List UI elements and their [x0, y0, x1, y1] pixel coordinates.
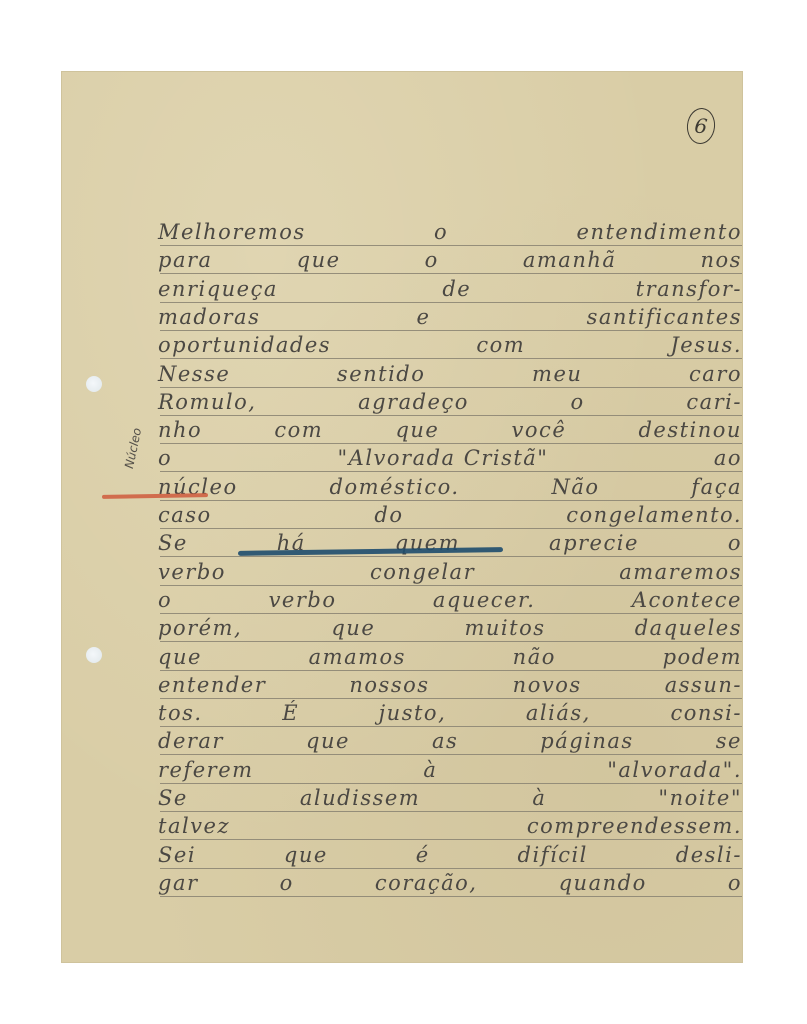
handwritten-word: as — [432, 729, 458, 755]
handwritten-word: nos — [701, 248, 742, 274]
handwritten-word: É — [282, 701, 299, 727]
text-line: oportunidadescomJesus. — [158, 331, 742, 359]
handwritten-word: muitos — [464, 616, 545, 642]
handwritten-word: com — [476, 333, 525, 359]
handwritten-word: que — [306, 729, 350, 755]
handwritten-word: que — [331, 616, 375, 642]
handwritten-word: enriqueça — [158, 277, 278, 303]
handwritten-word: amanhã — [523, 248, 617, 274]
text-line: Melhoremosoentendimento — [158, 218, 742, 246]
text-line: porém,quemuitosdaqueles — [158, 614, 742, 642]
handwritten-word: e — [417, 305, 431, 331]
handwritten-word: aprecie — [549, 531, 639, 557]
handwritten-word: o — [728, 531, 742, 557]
handwritten-word: aquecer. — [433, 588, 536, 614]
handwritten-word: o — [571, 390, 585, 416]
handwritten-word: ao — [714, 446, 742, 472]
handwritten-word: o — [728, 871, 742, 897]
handwritten-word: que — [284, 843, 328, 869]
text-line: núcleodoméstico.Nãofaça — [158, 473, 742, 501]
text-line: enriqueçadetransfor- — [158, 275, 742, 303]
handwritten-word: assun- — [665, 673, 742, 699]
handwritten-word: talvez — [158, 814, 230, 840]
text-line: Romulo,agradeçoocari- — [158, 388, 742, 416]
text-line: Nessesentidomeucaro — [158, 360, 742, 388]
handwritten-word: "Alvorada Cristã" — [338, 446, 549, 472]
text-line: overboaquecer.Acontece — [158, 586, 742, 614]
handwritten-word: à — [532, 786, 546, 812]
handwritten-word: o — [434, 220, 448, 246]
handwritten-word: é — [416, 843, 430, 869]
text-line: referemà"alvorada". — [158, 756, 742, 784]
handwritten-word: amaremos — [619, 560, 742, 586]
handwritten-word: "alvorada". — [607, 758, 742, 784]
handwritten-word: Jesus. — [670, 333, 742, 359]
page-number: 6 — [685, 107, 717, 146]
text-line: madorasesantificantes — [158, 303, 742, 331]
handwritten-word: caro — [689, 362, 742, 388]
handwritten-word: se — [716, 729, 742, 755]
handwritten-word: congelamento. — [566, 503, 742, 529]
handwritten-word: referem — [158, 758, 254, 784]
handwritten-word: congelar — [370, 560, 475, 586]
handwritten-word: consi- — [670, 701, 742, 727]
handwritten-word: entendimento — [577, 220, 742, 246]
handwritten-word: porém, — [158, 616, 242, 642]
handwritten-word: daqueles — [635, 616, 742, 642]
handwritten-word: Romulo, — [158, 390, 256, 416]
text-line: o"Alvorada Cristã"ao — [158, 444, 742, 472]
text-line: nhocomquevocêdestinou — [158, 416, 742, 444]
handwritten-word: para — [158, 248, 213, 274]
handwritten-word: Acontece — [632, 588, 742, 614]
handwritten-word: agradeço — [358, 390, 469, 416]
punch-hole-top — [86, 376, 102, 392]
text-line: tos.Éjusto,aliás,consi- — [158, 699, 742, 727]
text-line: derarqueaspáginasse — [158, 727, 742, 755]
handwritten-word: podem — [663, 645, 742, 671]
handwritten-word: derar — [158, 729, 224, 755]
handwritten-word: o — [158, 446, 172, 472]
text-line: paraqueoamanhãnos — [158, 246, 742, 274]
handwritten-word: nho — [158, 418, 202, 444]
handwritten-word: transfor- — [636, 277, 742, 303]
handwritten-word: que — [297, 248, 341, 274]
handwritten-word: que — [158, 645, 202, 671]
handwritten-word: Melhoremos — [158, 220, 306, 246]
handwritten-word: faça — [691, 475, 742, 501]
handwritten-word: à — [423, 758, 437, 784]
text-line: verbocongelaramaremos — [158, 558, 742, 586]
handwritten-word: do — [374, 503, 403, 529]
handwritten-word: aliás, — [526, 701, 591, 727]
handwritten-word: não — [513, 645, 556, 671]
handwritten-word: páginas — [540, 729, 633, 755]
handwritten-word: compreendessem. — [527, 814, 742, 840]
handwritten-word: aludissem — [300, 786, 420, 812]
handwritten-word: verbo — [269, 588, 337, 614]
handwritten-word: gar — [158, 871, 199, 897]
handwritten-word: Não — [551, 475, 599, 501]
handwritten-word: que — [395, 418, 439, 444]
handwritten-word: coração, — [375, 871, 478, 897]
handwritten-word: o — [280, 871, 294, 897]
text-line: garocoração,quandoo — [158, 869, 742, 897]
handwritten-word: justo, — [379, 701, 447, 727]
handwritten-word: madoras — [158, 305, 260, 331]
handwritten-word: desli- — [676, 843, 742, 869]
handwritten-word: Sei — [158, 843, 196, 869]
handwritten-word: difícil — [518, 843, 588, 869]
handwritten-word: o — [425, 248, 439, 274]
text-line: entendernossosnovosassun- — [158, 671, 742, 699]
handwritten-word: santificantes — [587, 305, 742, 331]
handwritten-word: novos — [513, 673, 582, 699]
handwritten-word: verbo — [158, 560, 226, 586]
handwritten-word: quando — [559, 871, 647, 897]
handwritten-word: caso — [158, 503, 212, 529]
handwritten-word: destinou — [638, 418, 742, 444]
handwritten-word: com — [274, 418, 323, 444]
handwritten-word: Nesse — [158, 362, 230, 388]
text-line: Sealudissemà"noite" — [158, 784, 742, 812]
text-line: casodocongelamento. — [158, 501, 742, 529]
text-line: queamamosnãopodem — [158, 643, 742, 671]
handwritten-word: oportunidades — [158, 333, 331, 359]
text-line: Seiqueédifícildesli- — [158, 841, 742, 869]
handwritten-word: tos. — [158, 701, 203, 727]
text-line: talvezcompreendessem. — [158, 812, 742, 840]
handwritten-word: entender — [158, 673, 266, 699]
punch-hole-bottom — [86, 647, 102, 663]
handwritten-word: amamos — [309, 645, 406, 671]
handwritten-word: Se — [158, 786, 188, 812]
handwritten-word: sentido — [337, 362, 425, 388]
handwritten-word: doméstico. — [330, 475, 460, 501]
handwritten-word: o — [158, 588, 172, 614]
handwritten-word: cari- — [686, 390, 742, 416]
handwritten-word: você — [512, 418, 567, 444]
letter-page: 6 Núcleo Melhoremosoentendimentoparaqueo… — [62, 72, 742, 962]
margin-note: Núcleo — [122, 427, 144, 470]
handwritten-word: Se — [158, 531, 188, 557]
handwritten-word: de — [442, 277, 471, 303]
handwritten-word: meu — [532, 362, 582, 388]
handwritten-word: "noite" — [658, 786, 742, 812]
handwritten-word: nossos — [349, 673, 429, 699]
